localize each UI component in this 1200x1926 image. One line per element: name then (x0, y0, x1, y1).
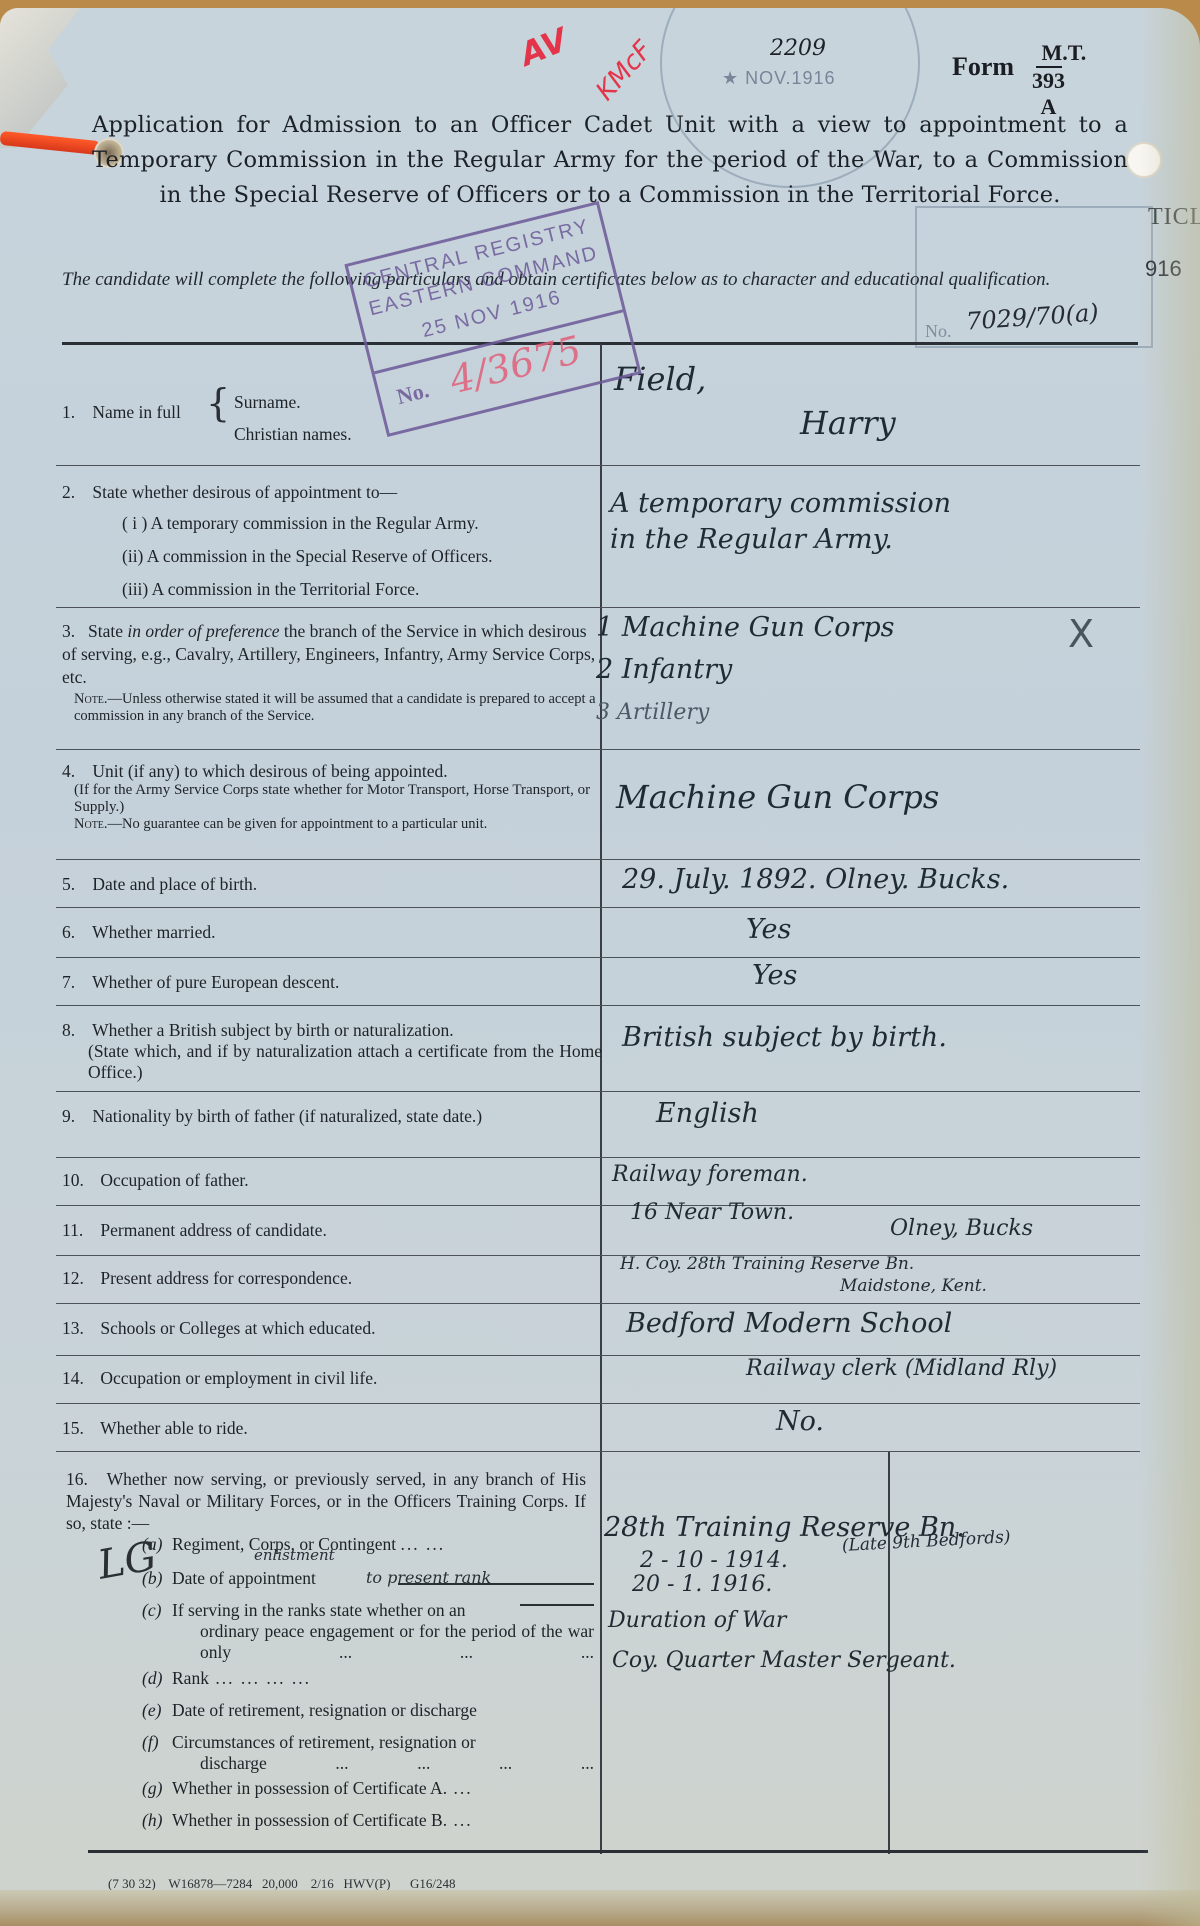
red-annotation-initials: KMcF (590, 35, 658, 106)
branch-preference-1: 1 Machine Gun Corps (596, 612, 895, 643)
present-rank-date-answer: 20 - 1. 1916. (632, 1572, 772, 1597)
question-number: 14. (62, 1368, 96, 1389)
question-number: 9. (62, 1106, 88, 1127)
branch-preference-2: 2 Infantry (596, 654, 732, 685)
question-label: Permanent address of candidate. (100, 1220, 326, 1240)
service-item-h: (h)Whether in possession of Certificate … (142, 1810, 594, 1831)
question-number: 16. (66, 1468, 100, 1490)
torn-corner (0, 8, 80, 148)
note-text: —No guarantee can be given for appointme… (108, 816, 488, 832)
item-text: Date of appointment (172, 1568, 316, 1588)
question-row-10: 10. Occupation of father. Railway forema… (56, 1158, 1140, 1206)
item-text: Circumstances of retirement, resignation… (172, 1732, 476, 1752)
item-letter: (e) (142, 1700, 172, 1721)
footer-rule (88, 1850, 1148, 1853)
service-item-a: (a)Regiment, Corps, or Contingent ... ..… (142, 1534, 594, 1555)
question-number: 6. (62, 922, 88, 943)
item-letter: (h) (142, 1810, 172, 1831)
question-row-2: 2. State whether desirous of appointment… (56, 466, 1140, 608)
question-label: Unit (if any) to which desirous of being… (92, 761, 447, 781)
branch-preference-3: 3 Artillery (596, 700, 709, 725)
engagement-answer: Duration of War (608, 1608, 786, 1633)
civil-occupation-answer: Railway clerk (Midland Rly) (746, 1356, 1057, 1381)
question-row-7: 7. Whether of pure European descent. Yes (56, 958, 1140, 1006)
question-label-pre: State (88, 621, 127, 641)
item-letter: (f) (142, 1732, 172, 1753)
item-text: If serving in the ranks state whether on… (172, 1600, 466, 1620)
unit-answer: Machine Gun Corps (616, 778, 939, 816)
correspondence-address-line1: H. Coy. 28th Training Reserve Bn. (620, 1254, 914, 1274)
question-row-13: 13. Schools or Colleges at which educate… (56, 1304, 1140, 1356)
question-label: Whether of pure European descent. (92, 972, 339, 992)
item-text-cont: ordinary peace engagement or for the per… (142, 1621, 594, 1663)
question-label: Occupation of father. (100, 1170, 248, 1190)
question-number: 7. (62, 972, 88, 993)
item-dots: ... ... (400, 1534, 445, 1554)
question-number: 15. (62, 1418, 96, 1439)
question-detail: (If for the Army Service Corps state whe… (62, 782, 602, 816)
item-text: Whether in possession of Certificate A. (172, 1778, 447, 1798)
side-number: 916 (1145, 256, 1182, 282)
question-label: Whether a British subject by birth or na… (92, 1020, 454, 1040)
question-row-3: 3.State in order of preference the branc… (56, 608, 1140, 750)
receipt-stamp-no-label: No. (925, 321, 952, 342)
item-text-cont: discharge ... ... ... ... (142, 1753, 594, 1774)
christian-names-answer: Harry (800, 404, 896, 442)
question-number: 11. (62, 1220, 96, 1241)
question-row-8: 8. Whether a British subject by birth or… (56, 1006, 1140, 1092)
question-label: Whether married. (92, 922, 215, 942)
ride-answer: No. (776, 1406, 824, 1437)
question-row-14: 14. Occupation or employment in civil li… (56, 1356, 1140, 1404)
item-text: Date of retirement, resignation or disch… (172, 1700, 477, 1720)
question-label-emphasis: in order of preference (127, 621, 279, 641)
permanent-address-line1: 16 Near Town. (630, 1200, 794, 1225)
item-text: Rank (172, 1668, 209, 1688)
rank-answer: Coy. Quarter Master Sergeant. (612, 1648, 956, 1673)
note-prefix: Note. (74, 691, 108, 707)
permanent-address-line2: Olney, Bucks (890, 1216, 1033, 1241)
question-row-12: 12. Present address for correspondence. … (56, 1256, 1140, 1304)
option-temporary-commission: ( i ) A temporary commission in the Regu… (62, 507, 602, 540)
treasury-tag-string (0, 131, 100, 155)
item-dots: ... (447, 1778, 473, 1798)
arrow-line-enlistment (398, 1583, 594, 1585)
brace-icon: { (206, 384, 230, 422)
correspondence-address-line2: Maidstone, Kent. (840, 1276, 987, 1296)
father-occupation-answer: Railway foreman. (612, 1162, 808, 1187)
side-stamp-fragment: TICL (1148, 204, 1200, 231)
punch-hole-right (1126, 142, 1162, 178)
question-number: 1. (62, 402, 88, 423)
question-row-4: 4. Unit (if any) to which desirous of be… (56, 750, 1140, 860)
service-item-g: (g)Whether in possession of Certificate … (142, 1778, 594, 1799)
postmark-date: ★ NOV.1916 (722, 68, 836, 89)
cross-mark: X (1068, 612, 1094, 656)
question-row-9: 9. Nationality by birth of father (if na… (56, 1092, 1140, 1158)
question-row-11: 11. Permanent address of candidate. 16 N… (56, 1206, 1140, 1256)
nationality-answer: British subject by birth. (622, 1022, 947, 1053)
note-text: —Unless otherwise stated it will be assu… (74, 691, 596, 724)
descent-answer: Yes (752, 960, 797, 991)
appointment-answer-line2: in the Regular Army. (610, 524, 893, 555)
service-item-c: (c)If serving in the ranks state whether… (142, 1600, 594, 1663)
option-special-reserve: (ii) A commission in the Special Reserve… (62, 540, 602, 573)
item-text: Whether in possession of Certificate B. (172, 1810, 447, 1830)
question-number: 12. (62, 1268, 96, 1289)
question-label: Whether able to ride. (100, 1418, 248, 1438)
question-number: 13. (62, 1318, 96, 1339)
question-label: Occupation or employment in civil life. (100, 1368, 377, 1388)
item-letter: (c) (142, 1600, 172, 1621)
question-row-6: 6. Whether married. Yes (56, 908, 1140, 958)
insert-enlistment: enlistment (254, 1546, 335, 1564)
question-number: 8. (62, 1020, 88, 1041)
question-label: State whether desirous of appointment to… (92, 482, 397, 502)
item-letter: (d) (142, 1668, 172, 1689)
option-territorial-force: (iii) A commission in the Territorial Fo… (62, 573, 602, 606)
enlistment-date-answer: 2 - 10 - 1914. (640, 1548, 788, 1573)
question-label: Nationality by birth of father (if natur… (92, 1106, 482, 1126)
question-number: 2. (62, 482, 88, 503)
appointment-answer-line1: A temporary commission (610, 488, 951, 519)
question-number: 10. (62, 1170, 96, 1191)
question-label: Date and place of birth. (92, 874, 257, 894)
question-number: 4. (62, 760, 88, 782)
service-item-f: (f)Circumstances of retirement, resignat… (142, 1732, 594, 1774)
form-word: Form (952, 52, 1014, 82)
question-detail: (State which, and if by naturalization a… (62, 1041, 602, 1083)
service-item-d: (d)Rank ... ... ... ... (142, 1668, 594, 1689)
form-code-top: M.T. (1036, 40, 1062, 68)
item-letter: (g) (142, 1778, 172, 1799)
question-number: 3. (62, 620, 88, 643)
form-title: Application for Admission to an Officer … (92, 108, 1128, 213)
ink-file-number: 2209 (770, 36, 826, 61)
item-dots: ... (447, 1810, 473, 1830)
registry-no-label: No. (394, 377, 432, 410)
question-row-5: 5. Date and place of birth. 29. July. 18… (56, 860, 1140, 908)
service-item-e: (e)Date of retirement, resignation or di… (142, 1700, 594, 1721)
question-label: Name in full (92, 402, 180, 422)
question-label: Whether now serving, or previously serve… (66, 1469, 586, 1533)
question-label: Present address for correspondence. (100, 1268, 352, 1288)
father-nationality-answer: English (656, 1098, 759, 1129)
item-dots: ... ... ... ... (209, 1668, 311, 1688)
note-prefix: Note. (74, 816, 108, 832)
married-answer: Yes (746, 914, 791, 945)
question-label: Schools or Colleges at which educated. (100, 1318, 375, 1338)
form-page: ★ NOV.1916 AV KMcF 2209 Form M.T. 393 A … (0, 8, 1200, 1926)
question-row-15: 15. Whether able to ride. No. (56, 1404, 1140, 1452)
red-annotation: AV (515, 21, 573, 74)
worn-bottom-edge (0, 1890, 1200, 1926)
schools-answer: Bedford Modern School (626, 1308, 952, 1339)
question-number: 5. (62, 874, 88, 895)
birth-answer: 29. July. 1892. Olney. Bucks. (622, 864, 1009, 895)
